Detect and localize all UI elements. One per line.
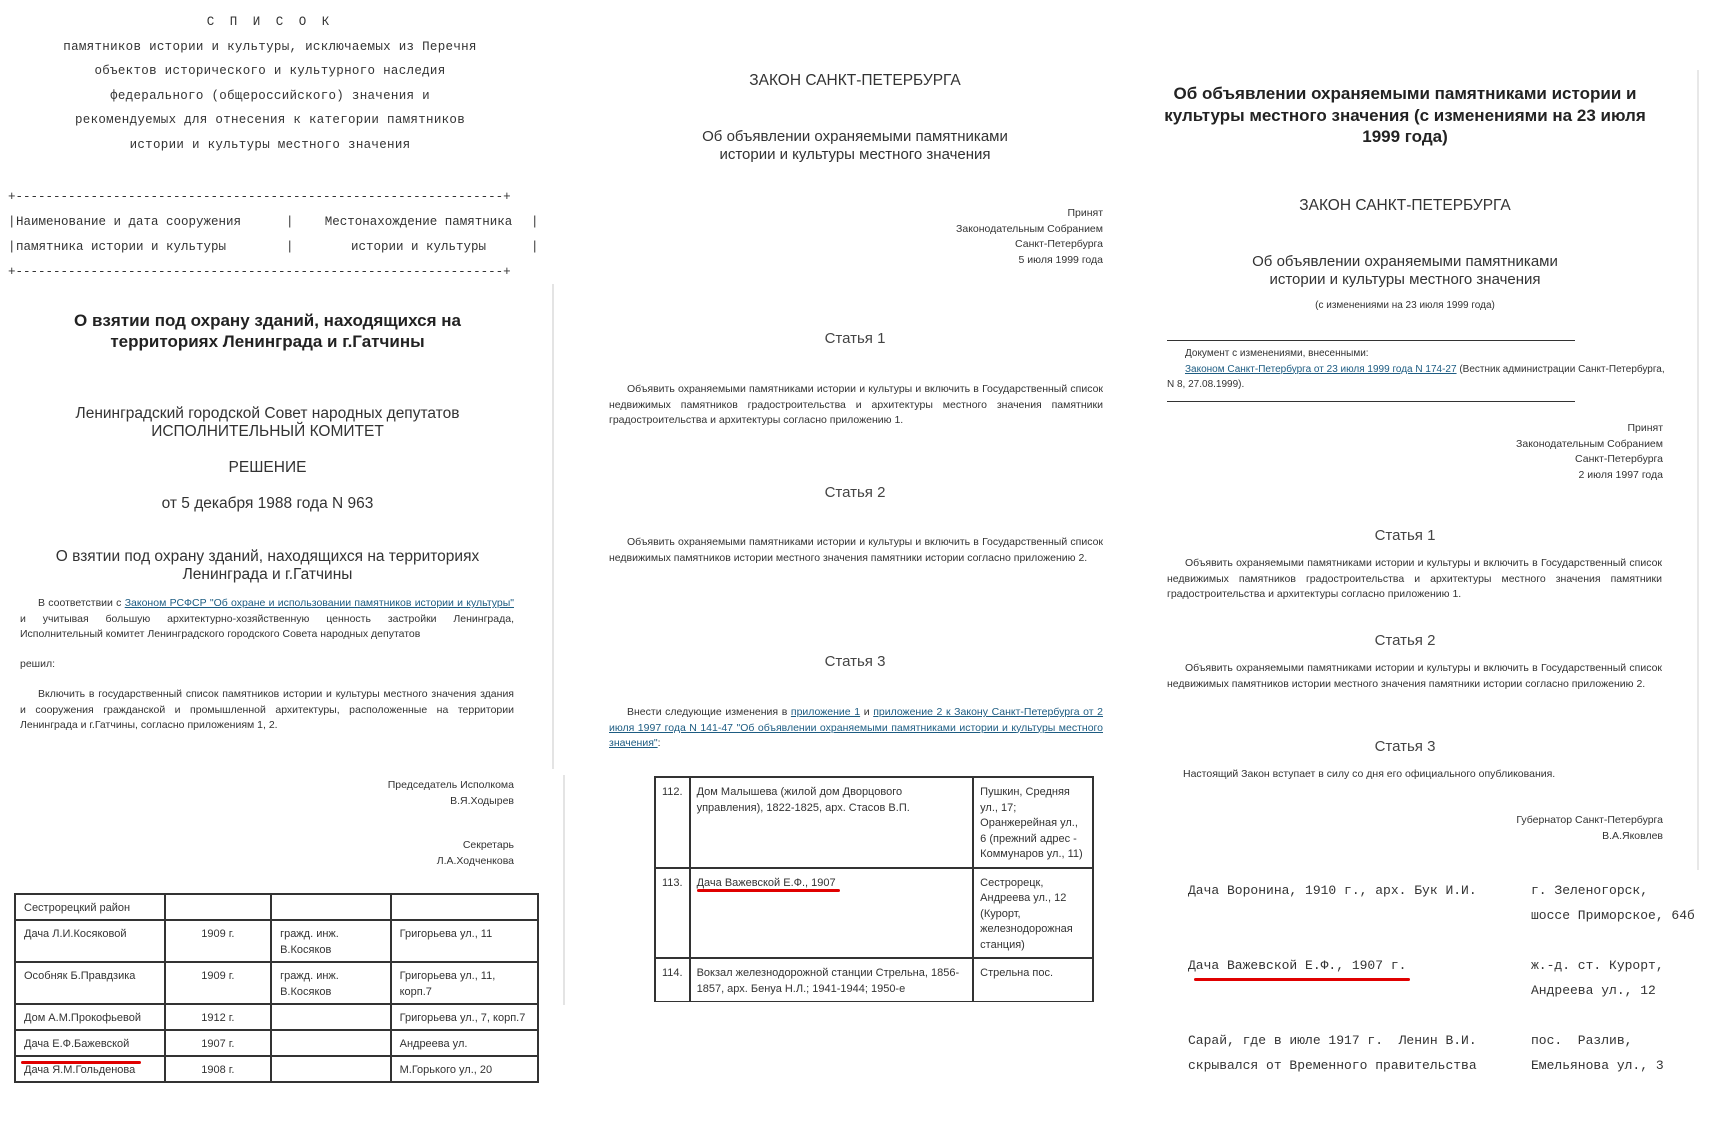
ascii-border-top: +---------------------------------------… — [8, 185, 543, 210]
governor-name: В.А.Яковлев — [1410, 829, 1663, 845]
secretary-title: Секретарь — [300, 838, 514, 854]
left-table: Сестрорецкий районДача Л.И.Косяковой1909… — [14, 893, 539, 1083]
amending-law-link[interactable]: Законом Санкт-Петербурга от 23 июля 1999… — [1185, 364, 1457, 375]
adopted-block-right: Принят Законодательным Собранием Санкт-П… — [1410, 421, 1663, 483]
article2-title-right: Статья 2 — [1150, 632, 1660, 649]
architect-cell — [271, 1030, 391, 1056]
table-row: 113.Дача Важевской Е.Ф., 1907Сестрорецк,… — [655, 868, 1093, 959]
article1-title-right: Статья 1 — [1150, 527, 1660, 544]
adopted-block-middle: Принят Законодательным Собранием Санкт-П… — [850, 206, 1103, 268]
year-cell: 1909 г. — [165, 962, 271, 1004]
article3-title-middle: Статья 3 — [600, 653, 1110, 670]
monument-name: Дача Воронина, 1910 г., арх. Бук И.И. — [1188, 878, 1531, 928]
ascii-table-header: +---------------------------------------… — [8, 185, 543, 285]
article1-text-right: Объявить охраняемыми памятниками истории… — [1167, 556, 1662, 603]
table-row: Дача Е.Ф.Бажевской1907 г.Андреева ул. — [15, 1030, 538, 1056]
list-subtitle-3: федерального (общероссийского) значения … — [0, 84, 540, 109]
issuer: Ленинградский городской Совет народных д… — [20, 405, 515, 441]
monument-name-cell: Дача Я.М.Гольденова — [15, 1056, 165, 1082]
architect-cell: гражд. инж. В.Косяков — [271, 920, 391, 962]
chairman-name: В.Я.Ходырев — [300, 794, 514, 810]
year-cell: 1908 г. — [165, 1056, 271, 1082]
signature-secretary: Секретарь Л.А.Ходченкова — [300, 838, 514, 869]
table-row: Сестрорецкий район — [15, 894, 538, 920]
monument-name-cell: Вокзал железнодорожной станции Стрельна,… — [690, 958, 974, 1002]
changes-rule-top — [1167, 340, 1575, 341]
architect-cell — [271, 894, 391, 920]
address-cell: М.Горького ул., 20 — [391, 1056, 538, 1082]
issuer-line1: Ленинградский городской Совет народных д… — [20, 405, 515, 423]
table-row: Дача Я.М.Гольденова1908 г.М.Горького ул.… — [15, 1056, 538, 1082]
issuer-line2: ИСПОЛНИТЕЛЬНЫЙ КОМИТЕТ — [20, 423, 515, 441]
table-row: 112.Дом Малышева (жилой дом Дворцового у… — [655, 777, 1093, 868]
article1-text-middle: Объявить охраняемыми памятниками истории… — [609, 382, 1103, 429]
doc-title-bold: О взятии под охрану зданий, находящихся … — [40, 310, 495, 352]
address-cell — [391, 894, 538, 920]
secretary-name: Л.А.Ходченкова — [300, 854, 514, 870]
address-cell: Андреева ул. — [391, 1030, 538, 1056]
architect-cell — [271, 1056, 391, 1082]
table-row: Особняк Б.Правдзика1909 г.гражд. инж. В.… — [15, 962, 538, 1004]
list-item: Дача Воронина, 1910 г., арх. Бук И.И.г. … — [1188, 878, 1708, 928]
panel-divider — [552, 284, 554, 769]
table-row: Дом А.М.Прокофьевой1912 г.Григорьева ул.… — [15, 1004, 538, 1030]
amendment-note: (с изменениями на 23 июля 1999 года) — [1150, 300, 1660, 311]
rsfsr-law-link[interactable]: Законом РСФСР "Об охране и использовании… — [125, 597, 514, 609]
article2-text-middle: Объявить охраняемыми памятниками истории… — [609, 535, 1103, 566]
signature-chairman: Председатель Исполкома В.Я.Ходырев — [300, 778, 514, 809]
signature-governor: Губернатор Санкт-Петербурга В.А.Яковлев — [1410, 813, 1663, 844]
list-subtitle-4: рекомендуемых для отнесения к категории … — [0, 108, 540, 133]
monument-table-left: Сестрорецкий районДача Л.И.Косяковой1909… — [14, 893, 539, 1103]
chairman-title: Председатель Исполкома — [300, 778, 514, 794]
ascii-col2-line1: Местонахождение памятника — [306, 210, 531, 235]
address-cell: Григорьева ул., 11 — [391, 920, 538, 962]
monument-address: ж.-д. ст. Курорт, Андреева ул., 12 — [1531, 953, 1664, 1003]
article2-text-right: Объявить охраняемыми памятниками истории… — [1167, 661, 1662, 692]
page-heading: Об объявлении охраняемыми памятниками ис… — [1150, 83, 1660, 148]
list-block: С П И С О К памятников истории и культур… — [0, 10, 540, 157]
appendix1-link[interactable]: приложение 1 — [791, 706, 860, 718]
architect-cell — [271, 1004, 391, 1030]
governor-title: Губернатор Санкт-Петербурга — [1410, 813, 1663, 829]
law-subject-right: Об объявлении охраняемыми памятниками ис… — [1150, 253, 1660, 289]
highlight-underline-left — [21, 1061, 141, 1064]
year-cell — [165, 894, 271, 920]
article1-title-middle: Статья 1 — [600, 330, 1110, 347]
list-title: С П И С О К — [0, 10, 540, 35]
year-cell: 1912 г. — [165, 1004, 271, 1030]
number-cell: 112. — [655, 777, 690, 868]
resolution-paragraph: Включить в государственный список памятн… — [20, 687, 514, 734]
address-cell: Григорьева ул., 11, корп.7 — [391, 962, 538, 1004]
resolved-label: решил: — [20, 657, 55, 673]
address-cell: Сестрорецк, Андреева ул., 12 (Курорт, же… — [973, 868, 1093, 959]
address-cell: Стрельна пос. — [973, 958, 1093, 1002]
table-row: Дача Л.И.Косяковой1909 г.гражд. инж. В.К… — [15, 920, 538, 962]
panel-divider-lower — [563, 775, 565, 1005]
address-cell: Григорьева ул., 7, корп.7 — [391, 1004, 538, 1030]
changes-block: Документ с изменениями, внесенными: Зако… — [1167, 346, 1667, 393]
article3-text-middle: Внести следующие изменения в приложение … — [609, 705, 1103, 752]
monument-name-cell: Особняк Б.Правдзика — [15, 962, 165, 1004]
monument-address: пос. Разлив, Емельянова ул., 3 — [1531, 1028, 1664, 1078]
address-cell: Пушкин, Средняя ул., 17; Оранжерейная ул… — [973, 777, 1093, 868]
preamble-paragraph: В соответствии с Законом РСФСР "Об охран… — [20, 596, 514, 643]
changes-rule-bottom — [1167, 401, 1575, 402]
ascii-col1-line2: памятника истории и культуры — [16, 235, 286, 260]
monument-address: г. Зеленогорск, шоссе Приморское, 64б — [1531, 878, 1695, 928]
article2-title-middle: Статья 2 — [600, 484, 1110, 501]
monument-name: Сарай, где в июле 1917 г. Ленин В.И. скр… — [1188, 1028, 1531, 1078]
list-item: Сарай, где в июле 1917 г. Ленин В.И. скр… — [1188, 1028, 1708, 1078]
law-subject-middle: Об объявлении охраняемыми памятниками ис… — [600, 128, 1110, 164]
ascii-col2-line2: истории и культуры — [306, 235, 531, 260]
law-title-middle: ЗАКОН САНКТ-ПЕТЕРБУРГА — [600, 72, 1110, 90]
monument-mono-list: Дача Воронина, 1910 г., арх. Бук И.И.г. … — [1188, 878, 1708, 1103]
doc-title: О взятии под охрану зданий, находящихся … — [40, 548, 495, 584]
monument-name-cell: Дача Л.И.Косяковой — [15, 920, 165, 962]
number-cell: 114. — [655, 958, 690, 1002]
list-subtitle-5: истории и культуры местного значения — [0, 133, 540, 158]
year-cell: 1909 г. — [165, 920, 271, 962]
decision-date: от 5 декабря 1988 года N 963 — [20, 495, 515, 513]
monument-name-cell: Дом А.М.Прокофьевой — [15, 1004, 165, 1030]
monument-name-cell: Дом Малышева (жилой дом Дворцового управ… — [690, 777, 974, 868]
ascii-col1-line1: Наименование и дата сооружения — [16, 210, 286, 235]
article3-text-right: Настоящий Закон вступает в силу со дня е… — [1183, 767, 1663, 783]
list-subtitle-1: памятников истории и культуры, исключаем… — [0, 35, 540, 60]
year-cell: 1907 г. — [165, 1030, 271, 1056]
right-scroll-edge — [1697, 70, 1699, 870]
highlight-underline-middle — [697, 889, 840, 892]
table-row: 114.Вокзал железнодорожной станции Стрел… — [655, 958, 1093, 1002]
architect-cell: гражд. инж. В.Косяков — [271, 962, 391, 1004]
decision-label: РЕШЕНИЕ — [20, 459, 515, 477]
ascii-border-bottom: +---------------------------------------… — [8, 260, 543, 285]
monument-name-cell: Дача Важевской Е.Ф., 1907 — [690, 868, 974, 959]
monument-name-cell: Сестрорецкий район — [15, 894, 165, 920]
article3-title-right: Статья 3 — [1150, 738, 1660, 755]
changes-label: Документ с изменениями, внесенными: — [1167, 346, 1667, 362]
law-title-right: ЗАКОН САНКТ-ПЕТЕРБУРГА — [1150, 197, 1660, 215]
highlight-underline-right — [1194, 978, 1410, 981]
list-subtitle-2: объектов исторического и культурного нас… — [0, 59, 540, 84]
monument-name-cell: Дача Е.Ф.Бажевской — [15, 1030, 165, 1056]
number-cell: 113. — [655, 868, 690, 959]
